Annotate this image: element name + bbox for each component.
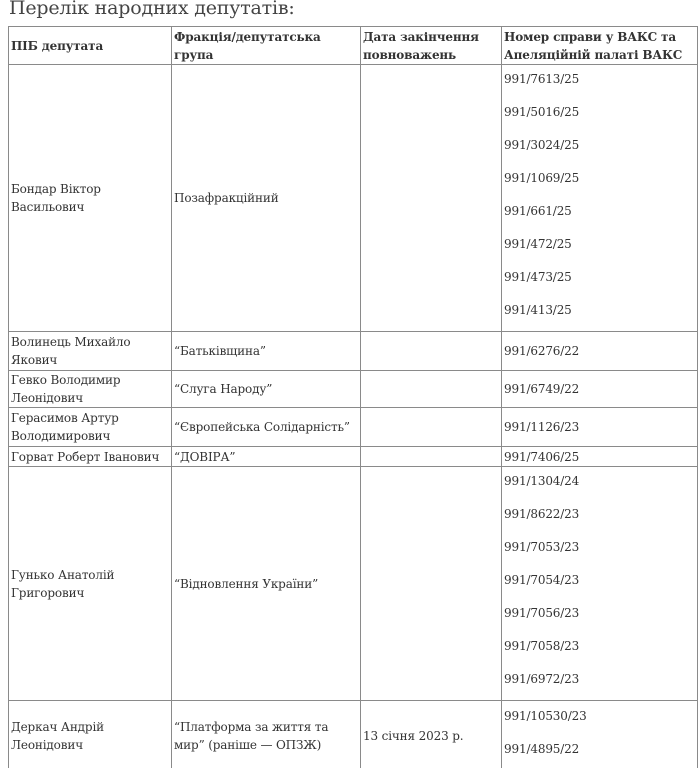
deputy-term-end — [361, 332, 502, 371]
deputy-name: Волинець Михайло Якович — [9, 332, 172, 371]
case-number: 991/7053/23 — [504, 538, 695, 556]
case-number: 991/472/25 — [504, 235, 695, 253]
deputy-cases: 991/10530/23 991/4895/22 — [502, 701, 698, 768]
case-number: 991/10530/23 — [504, 707, 695, 725]
deputy-cases: 991/7406/25 — [502, 447, 698, 467]
table-row: Герасимов Артур Володимирович “Європейсь… — [9, 408, 698, 447]
deputy-term-end — [361, 65, 502, 332]
deputy-term-end — [361, 408, 502, 447]
deputy-name: Бондар Віктор Васильович — [9, 65, 172, 332]
table-row: Гунько Анатолій Григорович “Відновлення … — [9, 467, 698, 701]
case-number: 991/7406/25 — [504, 448, 695, 466]
case-number: 991/5016/25 — [504, 103, 695, 121]
table-header-row: ПІБ депутата Фракція/депутатська група Д… — [9, 27, 698, 65]
deputy-term-end: 13 січня 2023 р. — [361, 701, 502, 768]
deputy-name: Герасимов Артур Володимирович — [9, 408, 172, 447]
case-number: 991/7054/23 — [504, 571, 695, 589]
deputy-name: Гевко Володимир Леонідович — [9, 371, 172, 408]
case-number: 991/7058/23 — [504, 637, 695, 655]
case-number: 991/3024/25 — [504, 136, 695, 154]
table-row: Волинець Михайло Якович “Батьківщина” 99… — [9, 332, 698, 371]
deputy-faction: “ДОВІРА” — [172, 447, 361, 467]
header-name: ПІБ депутата — [9, 27, 172, 65]
table-row: Гевко Володимир Леонідович “Слуга Народу… — [9, 371, 698, 408]
table-row: Деркач Андрій Леонідович “Платформа за ж… — [9, 701, 698, 768]
case-number: 991/413/25 — [504, 301, 695, 319]
deputy-cases: 991/1304/24 991/8622/23 991/7053/23 991/… — [502, 467, 698, 701]
deputy-cases: 991/6749/22 — [502, 371, 698, 408]
deputy-faction: “Відновлення України” — [172, 467, 361, 701]
case-number: 991/661/25 — [504, 202, 695, 220]
table-row: Горват Роберт Іванович “ДОВІРА” 991/7406… — [9, 447, 698, 467]
case-number: 991/1126/23 — [504, 418, 695, 436]
deputy-faction: “Європейська Солідарність” — [172, 408, 361, 447]
deputies-table: ПІБ депутата Фракція/депутатська група Д… — [8, 26, 698, 768]
page-heading: Перелік народних депутатів: — [9, 0, 295, 19]
deputy-faction: “Батьківщина” — [172, 332, 361, 371]
case-number: 991/4895/22 — [504, 740, 695, 758]
deputy-name: Гунько Анатолій Григорович — [9, 467, 172, 701]
deputy-name: Горват Роберт Іванович — [9, 447, 172, 467]
table-row: Бондар Віктор Васильович Позафракційний … — [9, 65, 698, 332]
case-number: 991/473/25 — [504, 268, 695, 286]
case-number: 991/7613/25 — [504, 70, 695, 88]
deputy-faction: “Слуга Народу” — [172, 371, 361, 408]
deputy-name: Деркач Андрій Леонідович — [9, 701, 172, 768]
case-number: 991/6972/23 — [504, 670, 695, 688]
deputy-faction: Позафракційний — [172, 65, 361, 332]
case-number: 991/1304/24 — [504, 472, 695, 490]
deputy-term-end — [361, 467, 502, 701]
header-faction: Фракція/депутатська група — [172, 27, 361, 65]
deputy-cases: 991/6276/22 — [502, 332, 698, 371]
case-number: 991/7056/23 — [504, 604, 695, 622]
case-number: 991/6276/22 — [504, 342, 695, 360]
case-number: 991/1069/25 — [504, 169, 695, 187]
deputy-faction: “Платформа за життя та мир” (раніше — ОП… — [172, 701, 361, 768]
header-term-end: Дата закінчення повноважень — [361, 27, 502, 65]
deputy-cases: 991/7613/25 991/5016/25 991/3024/25 991/… — [502, 65, 698, 332]
case-number: 991/8622/23 — [504, 505, 695, 523]
deputy-cases: 991/1126/23 — [502, 408, 698, 447]
deputy-term-end — [361, 371, 502, 408]
deputy-term-end — [361, 447, 502, 467]
header-case-numbers: Номер справи у ВАКС та Апеляційній палат… — [502, 27, 698, 65]
case-number: 991/6749/22 — [504, 380, 695, 398]
